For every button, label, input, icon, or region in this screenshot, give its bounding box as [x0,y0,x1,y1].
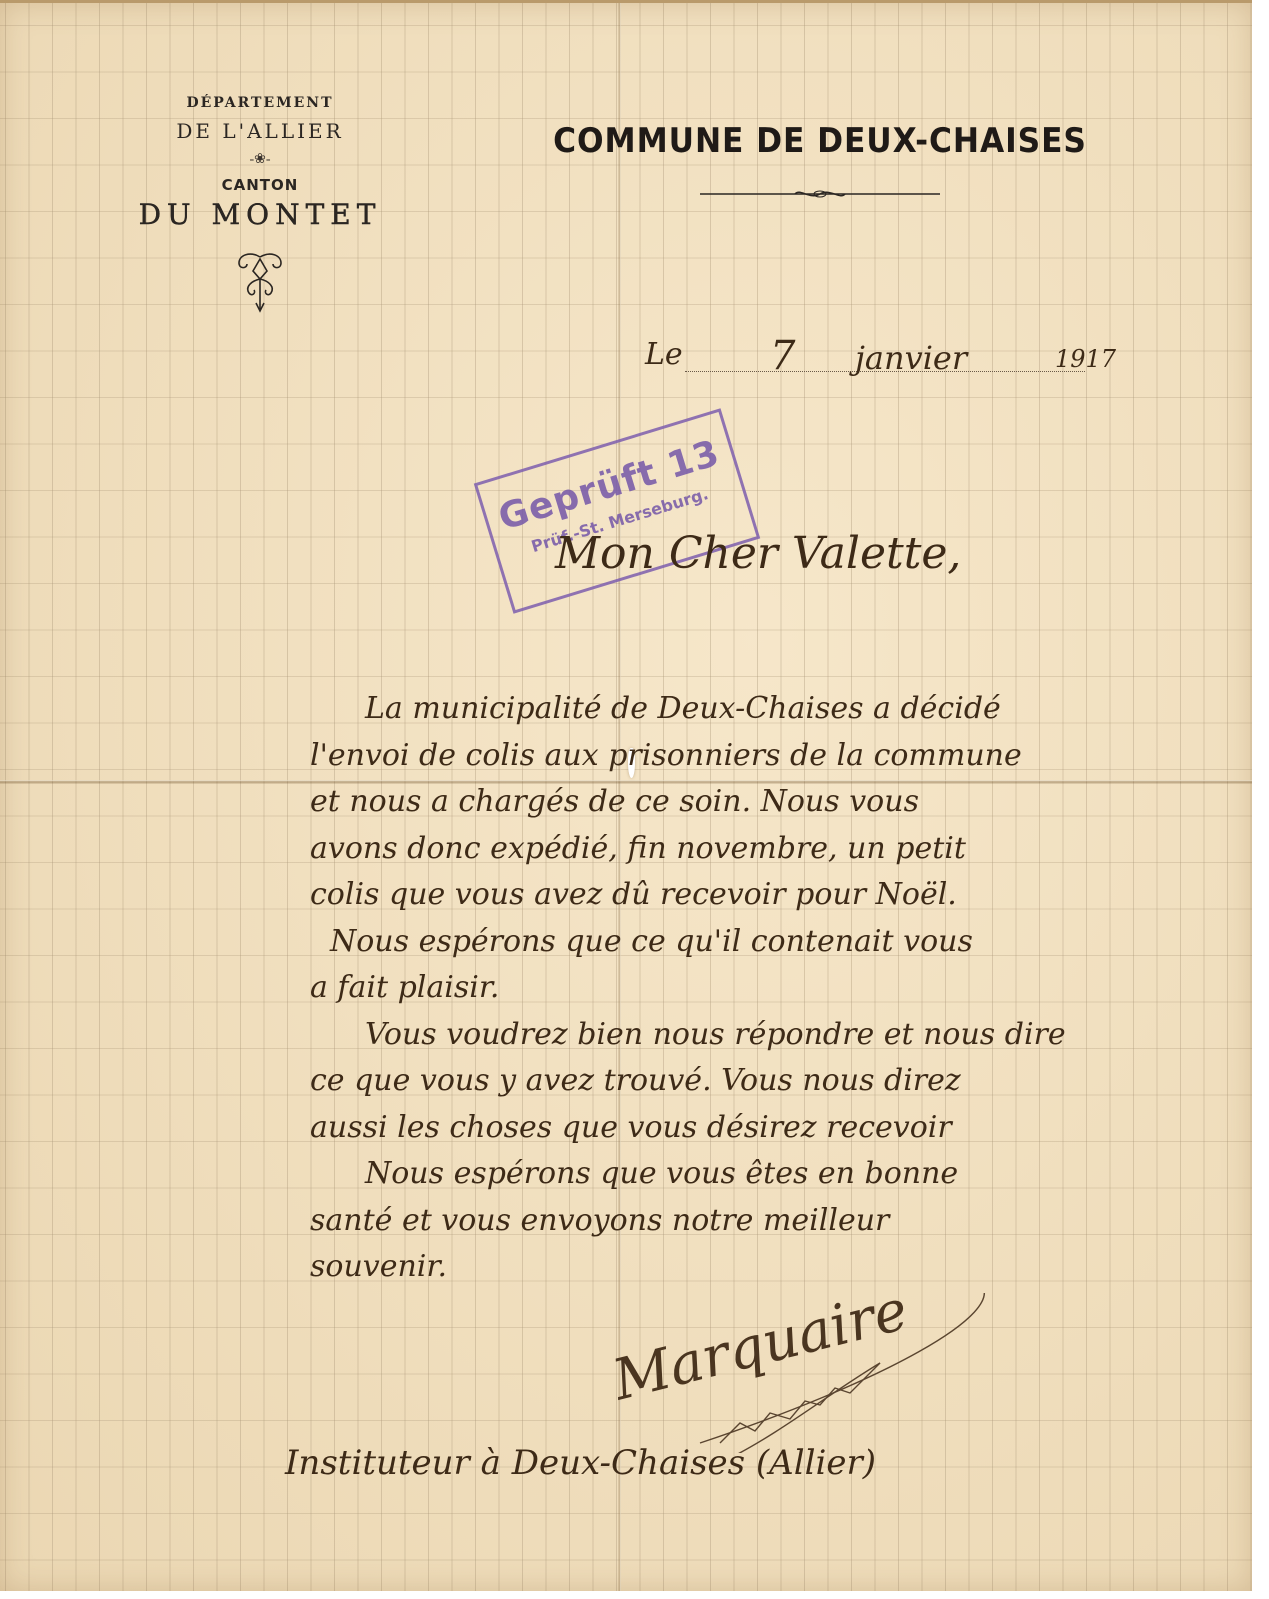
date-line: Le 7 janvier 1917 [645,331,1155,391]
body-line: avons donc expédié, fin novembre, un pet… [310,826,1210,873]
commune-title: COMMUNE DE DEUX-CHAISES [516,121,1123,161]
body-line: a fait plaisir. [310,965,1210,1012]
separator-ornament-icon: -❀- [90,151,430,168]
department-label: DÉPARTEMENT [90,95,430,111]
body-line: La municipalité de Deux-Chaises a décidé [310,686,1210,733]
letterhead-left: DÉPARTEMENT DE L'ALLIER -❀- CANTON DU MO… [90,95,430,322]
closing-line: Instituteur à Deux-Chaises (Allier) [285,1443,876,1483]
censor-stamp: Geprüft 13 Prüf.-St. Merseburg. [474,408,760,613]
body-line: santé et vous envoyons notre meilleur [310,1198,1210,1245]
canton-label: CANTON [90,176,430,194]
canton-name: DU MONTET [90,198,430,231]
body-line: ce que vous y avez trouvé. Vous nous dir… [310,1058,1210,1105]
flourish-ornament-icon [90,247,430,322]
signature-paraph-icon [580,1293,1000,1453]
rule-ornament-icon [700,187,940,205]
letter-sheet: DÉPARTEMENT DE L'ALLIER -❀- CANTON DU MO… [0,0,1252,1591]
date-year: 1917 [1055,345,1116,373]
letterhead-right: COMMUNE DE DEUX-CHAISES [490,121,1150,205]
body-line: souvenir. [310,1244,1210,1291]
date-day: 7 [770,333,795,379]
body-line: Nous espérons que vous êtes en bonne [310,1151,1210,1198]
signature-block: Marquaire [580,1293,1000,1453]
body-line: aussi les choses que vous désirez recevo… [310,1105,1210,1152]
salutation: Mon Cher Valette, [555,528,961,579]
letter-body: La municipalité de Deux-Chaises a décidé… [310,686,1210,1291]
department-name: DE L'ALLIER [90,119,430,143]
body-line: colis que vous avez dû recevoir pour Noë… [310,872,1210,919]
date-prefix: Le [645,337,683,372]
body-line: l'envoi de colis aux prisonniers de la c… [310,733,1210,780]
body-line: Vous voudrez bien nous répondre et nous … [310,1012,1210,1059]
body-line: Nous espérons que ce qu'il contenait vou… [310,919,1210,966]
body-line: et nous a chargés de ce soin. Nous vous [310,779,1210,826]
date-month: janvier [855,339,967,377]
